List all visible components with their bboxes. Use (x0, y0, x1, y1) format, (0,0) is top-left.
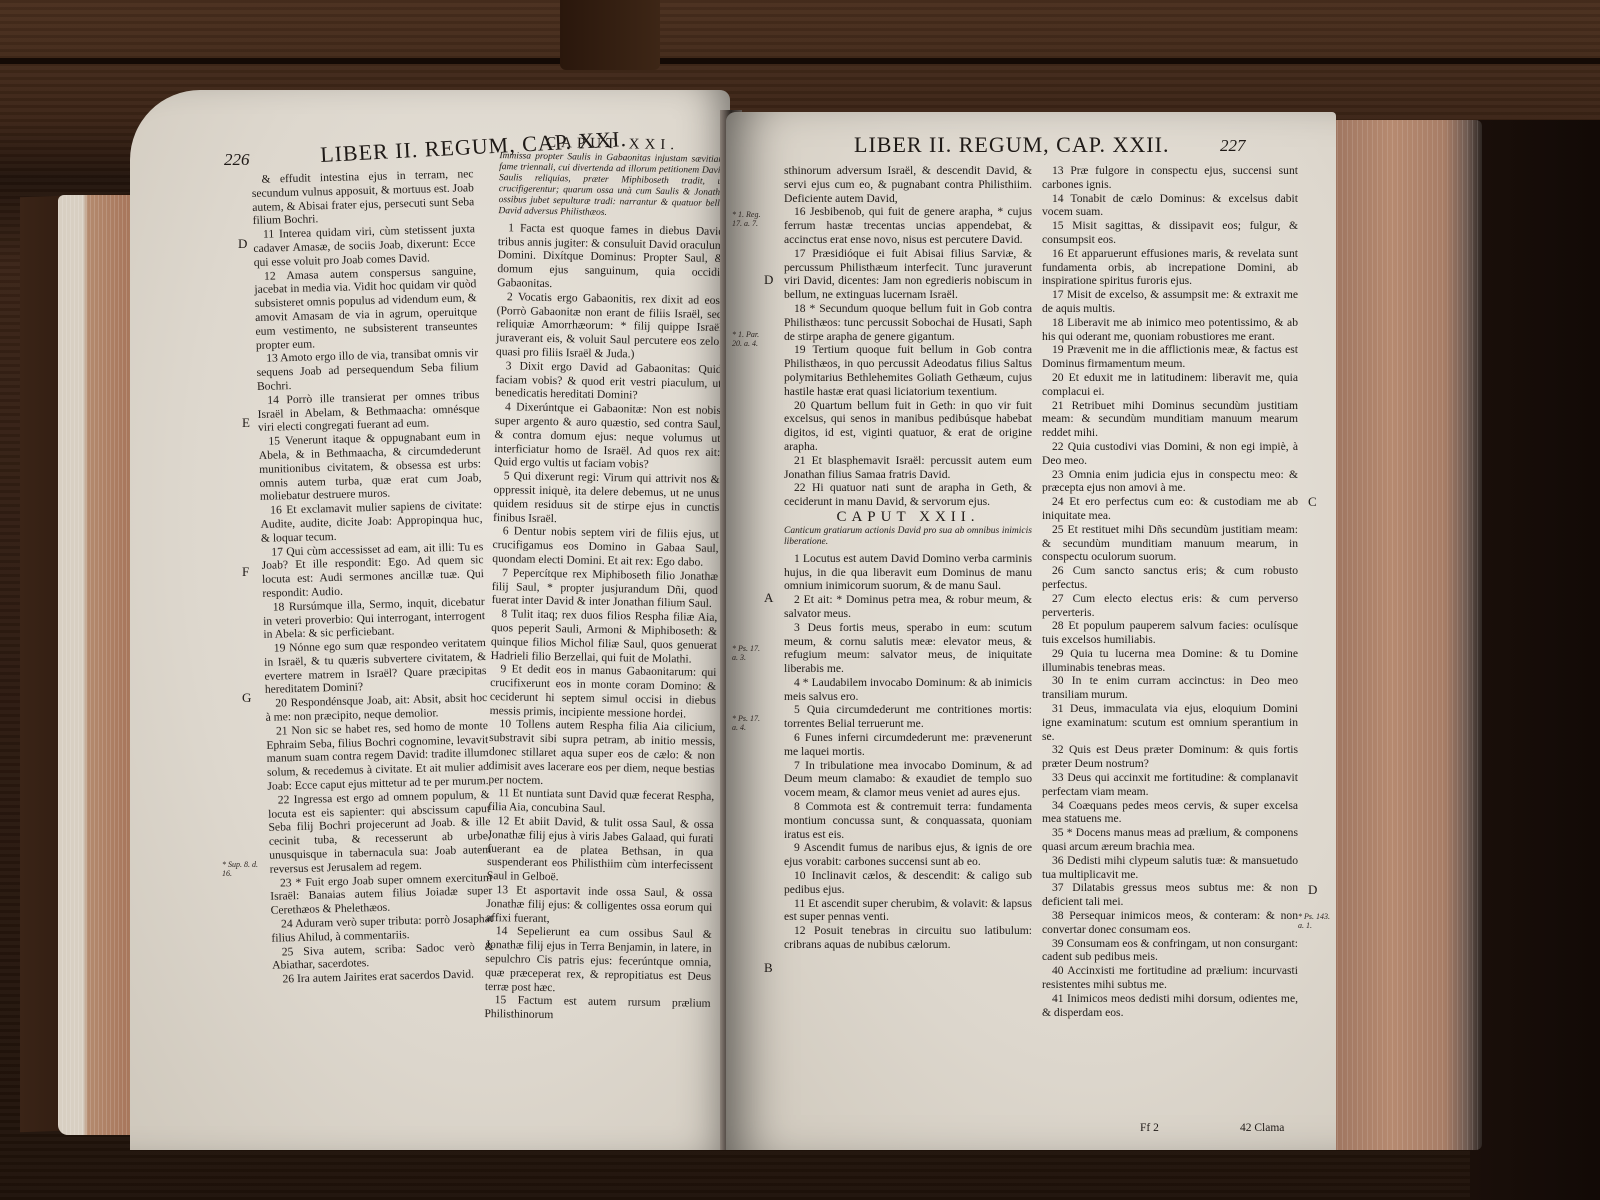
chapter-summary: Canticum gratiarum actionis David pro su… (784, 526, 1032, 548)
verse: 31 Deus, immaculata via ejus, eloquium D… (1042, 702, 1298, 743)
page-number: 227 (1220, 136, 1246, 156)
verse: 9 Et dedit eos in manus Gabaonitarum: qu… (490, 662, 717, 721)
verse: 21 Non sic se habet res, sed homo de mon… (266, 719, 490, 794)
verse: & effudit intestina ejus in terram, nec … (251, 167, 474, 228)
verse: 9 Ascendit fumus de naribus ejus, & igni… (784, 841, 1032, 869)
margin-letter: C (1308, 494, 1317, 510)
margin-note: * Sup. 8. d. 16. (222, 860, 262, 878)
page-edges-right (1332, 120, 1482, 1150)
verse: 14 Tonabit de cælo Dominus: & excelsus d… (1042, 192, 1298, 220)
verse: 38 Persequar inimicos meos, & conteram: … (1042, 909, 1298, 937)
verse: 16 Et exclamavit mulier sapiens de civit… (260, 498, 483, 545)
verse: 5 Qui dixerunt regi: Virum qui attrivit … (493, 469, 720, 528)
verse: 16 Jesbibenob, qui fuit de genere arapha… (784, 205, 1032, 246)
verse: 1 Locutus est autem David Domino verba c… (784, 552, 1032, 593)
margin-letter: D (764, 272, 773, 288)
verse: 8 Commota est & contremuit terra: fundam… (784, 800, 1032, 841)
table-plank-seam (0, 58, 1600, 64)
verse: 33 Deus qui accinxit me fortitudine: & c… (1042, 771, 1298, 799)
right-column-1: sthinorum adversum Israël, & descendit D… (784, 164, 1032, 952)
verse: 41 Inimicos meos dedisti mihi dorsum, od… (1042, 992, 1298, 1020)
verse: 4 Dixerúntque ei Gabaonitæ: Non est nobi… (494, 400, 721, 473)
chapter-heading: CAPUT XXII. (784, 511, 1032, 525)
verse: 20 Quartum bellum fuit in Geth: in quo v… (784, 399, 1032, 454)
margin-letter: A (764, 590, 773, 606)
verse: 18 Rursúmque illa, Sermo, inquit, diceba… (263, 595, 486, 642)
verse: 15 Factum est autem rursum prælium Phili… (484, 993, 710, 1025)
margin-note: * Ps. 17. a. 3. (732, 644, 762, 662)
margin-note: * 1. Par. 20. a. 4. (732, 330, 762, 348)
verse: 22 Quia custodivi vias Domini, & non egi… (1042, 440, 1298, 468)
verse: 13 Amoto ergo illo de via, transibat omn… (256, 347, 479, 394)
verse: 39 Consumam eos & confringam, ut non con… (1042, 937, 1298, 965)
verse: 5 Quia circumdederunt me contritiones mo… (784, 703, 1032, 731)
verse: 19 Prævenit me in die afflictionis meæ, … (1042, 343, 1298, 371)
verse: 18 Liberavit me ab inimico meo potentiss… (1042, 316, 1298, 344)
verse: 4 * Laudabilem invocabo Dominum: & ab in… (784, 676, 1032, 704)
verse: 19 Nónne ego sum quæ respondeo veritatem… (264, 636, 487, 697)
margin-letter: G (242, 690, 251, 706)
signature-mark: Ff 2 (1140, 1122, 1159, 1134)
verse: 21 Retribuet mihi Dominus secundùm justi… (1042, 399, 1298, 440)
page-number: 226 (224, 150, 250, 170)
verse: 27 Cum electo electus eris: & cum perver… (1042, 592, 1298, 620)
verse: 17 Præsidióque ei fuit Abisai filius Sar… (784, 247, 1032, 302)
verse: 11 Et nuntiata sunt David quæ fecerat Re… (488, 786, 714, 818)
left-page: 226 LIBER II. REGUM, CAP. XXI. D E F G *… (130, 90, 730, 1150)
verse: 7 Pepercítque rex Miphiboseth filio Jona… (492, 566, 719, 611)
verse: 18 * Secundum quoque bellum fuit in Gob … (784, 302, 1032, 343)
left-column-1: & effudit intestina ejus in terram, nec … (251, 167, 494, 987)
margin-letter: D (1308, 882, 1317, 898)
margin-letter: D (238, 236, 247, 252)
verse: 30 In te enim curram accinctus: in Deo m… (1042, 674, 1298, 702)
verse: 16 Et apparuerunt effusiones maris, & re… (1042, 247, 1298, 288)
verse: 15 Venerunt itaque & oppugnabant eum in … (258, 429, 482, 504)
right-column-2: 13 Præ fulgore in conspectu ejus, succen… (1042, 164, 1298, 1019)
verse: 29 Quia tu lucerna mea Domine: & tu Domi… (1042, 647, 1298, 675)
verse: 12 Posuit tenebras in circuitu suo latib… (784, 924, 1032, 952)
wooden-box (560, 0, 660, 70)
verse: 15 Misit sagittas, & dissipavit eos; ful… (1042, 219, 1298, 247)
verse: 40 Accinxisti me fortitudine ad prælium:… (1042, 964, 1298, 992)
verse: 28 Et populum pauperem salvum facies: oc… (1042, 619, 1298, 647)
verse: 34 Coæquans pedes meos cervis, & super e… (1042, 799, 1298, 827)
verse: 35 * Docens manus meas ad prælium, & com… (1042, 826, 1298, 854)
verse: 6 Funes inferni circumdederunt me: præve… (784, 731, 1032, 759)
catchword: 42 Clama (1240, 1122, 1284, 1134)
verse: 37 Dilatabis gressus meos subtus me: & n… (1042, 881, 1298, 909)
verse: 24 Et ero perfectus cum eo: & custodiam … (1042, 495, 1298, 523)
verse: 10 Inclinavit cælos, & descendit: & cali… (784, 869, 1032, 897)
open-book: 226 LIBER II. REGUM, CAP. XXI. D E F G *… (20, 90, 1500, 1150)
verse: 3 Dixit ergo David ad Gabaonitas: Quid f… (495, 359, 722, 404)
right-page: LIBER II. REGUM, CAP. XXII. 227 * 1. Reg… (726, 112, 1336, 1150)
verse: 6 Dentur nobis septem viri de filiis eju… (492, 524, 719, 569)
verse: 8 Tulit itaq; rex duos filios Respha fil… (491, 607, 718, 666)
margin-note: * 1. Reg. 17. a. 7. (732, 210, 762, 228)
verse: 22 Hi quatuor nati sunt de arapha in Get… (784, 481, 1032, 509)
verse: 22 Ingressa est ergo ad omnem populum, &… (268, 788, 492, 877)
verse: 25 Et restituet mihi Dñs secundùm justit… (1042, 523, 1298, 564)
margin-note: * Ps. 17. a. 4. (732, 714, 762, 732)
verse: 2 Vocatis ergo Gabaonitis, rex dixit ad … (496, 290, 723, 363)
verse: 32 Quis est Deus præter Dominum: & quis … (1042, 743, 1298, 771)
left-column-2: CAPUT XXI. Immissa propter Saulis in Gab… (484, 134, 725, 1025)
verse: 19 Tertium quoque fuit bellum in Gob con… (784, 343, 1032, 398)
margin-letter: B (764, 960, 773, 976)
verse: 12 Amasa autem conspersus sanguine, jace… (254, 264, 478, 353)
verse: 13 Et asportavit inde ossa Saul, & ossa … (486, 883, 713, 928)
verse: 7 In tribulatione mea invocabo Dominum, … (784, 759, 1032, 800)
verse: 26 Cum sancto sanctus eris; & cum robust… (1042, 564, 1298, 592)
chapter-summary: Immissa propter Saulis in Gabaonitas inj… (498, 151, 725, 221)
verse: 23 * Fuit ergo Joab super omnem exercitu… (270, 871, 493, 918)
margin-letter: E (242, 415, 250, 431)
verse: 21 Et blasphemavit Israël: percussit aut… (784, 454, 1032, 482)
verse: 17 Misit de excelso, & assumpsit me: & e… (1042, 288, 1298, 316)
verse: 3 Deus fortis meus, sperabo in eum: scut… (784, 621, 1032, 676)
verse: 20 Et eduxit me in latitudinem: liberavi… (1042, 371, 1298, 399)
margin-note: * Ps. 143. a. 1. (1298, 912, 1334, 930)
verse: 12 Et abiit David, & tulit ossa Saul, & … (487, 814, 714, 887)
verse: 13 Præ fulgore in conspectu ejus, succen… (1042, 164, 1298, 192)
running-head: LIBER II. REGUM, CAP. XXII. (854, 132, 1169, 158)
verse: 10 Tollens autem Respha filia Aia cilici… (488, 717, 715, 790)
verse: sthinorum adversum Israël, & descendit D… (784, 164, 1032, 205)
verse: 14 Porrò ille transierat per omnes tribu… (257, 388, 480, 435)
verse: 2 Et ait: * Dominus petra mea, & robur m… (784, 593, 1032, 621)
margin-letter: F (242, 564, 249, 580)
verse: 23 Omnia enim judicia ejus in conspectu … (1042, 468, 1298, 496)
verse: 1 Facta est quoque fames in diebus David… (497, 221, 724, 294)
verse: 36 Dedisti mihi clypeum salutis tuæ: & m… (1042, 854, 1298, 882)
verse: 11 Interea quidam viri, cùm stetissent j… (253, 222, 476, 269)
verse: 14 Sepelierunt ea cum ossibus Saul & Jon… (485, 924, 712, 997)
verse: 11 Et ascendit super cherubim, & volavit… (784, 897, 1032, 925)
verse: 17 Qui cùm accessisset ad eam, ait illi:… (261, 540, 484, 601)
